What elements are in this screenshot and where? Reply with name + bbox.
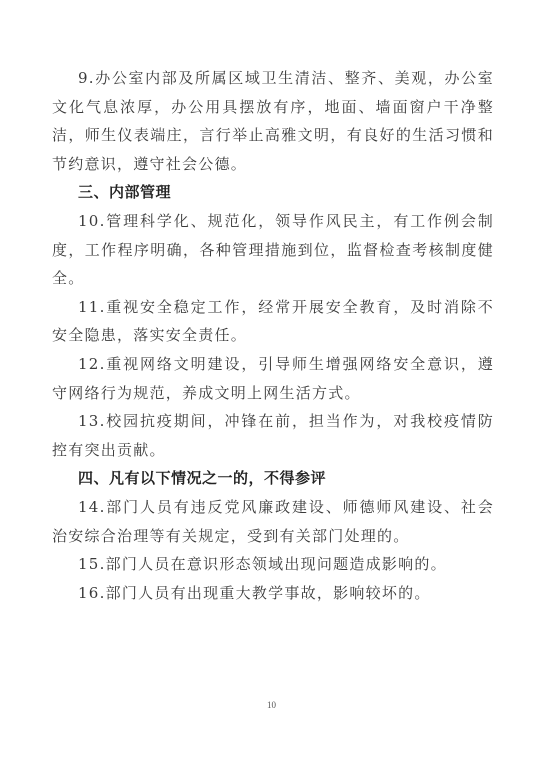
item-12-paragraph: 12.重视网络文明建设，引导师生增强网络安全意识，遵守网络行为规范，养成文明上网…	[52, 350, 494, 407]
item-13-paragraph: 13.校园抗疫期间，冲锋在前，担当作为，对我校疫情防控有突出贡献。	[52, 407, 494, 464]
item-14-paragraph: 14.部门人员有违反党风廉政建设、师德师风建设、社会治安综合治理等有关规定，受到…	[52, 493, 494, 550]
item-10-paragraph: 10.管理科学化、规范化，领导作风民主，有工作例会制度，工作程序明确，各种管理措…	[52, 207, 494, 293]
item-16-paragraph: 16.部门人员有出现重大教学事故，影响较坏的。	[52, 579, 494, 608]
document-page: 9.办公室内部及所属区域卫生清洁、整齐、美观，办公室文化气息浓厚，办公用具摆放有…	[52, 64, 494, 607]
item-15-paragraph: 15.部门人员在意识形态领域出现问题造成影响的。	[52, 550, 494, 579]
section-heading-internal-management: 三、内部管理	[52, 178, 494, 207]
item-11-paragraph: 11.重视安全稳定工作，经常开展安全教育，及时消除不安全隐患，落实安全责任。	[52, 293, 494, 350]
page-number: 10	[0, 700, 543, 710]
item-9-paragraph: 9.办公室内部及所属区域卫生清洁、整齐、美观，办公室文化气息浓厚，办公用具摆放有…	[52, 64, 494, 178]
section-heading-disqualification: 四、凡有以下情况之一的，不得参评	[52, 464, 494, 493]
